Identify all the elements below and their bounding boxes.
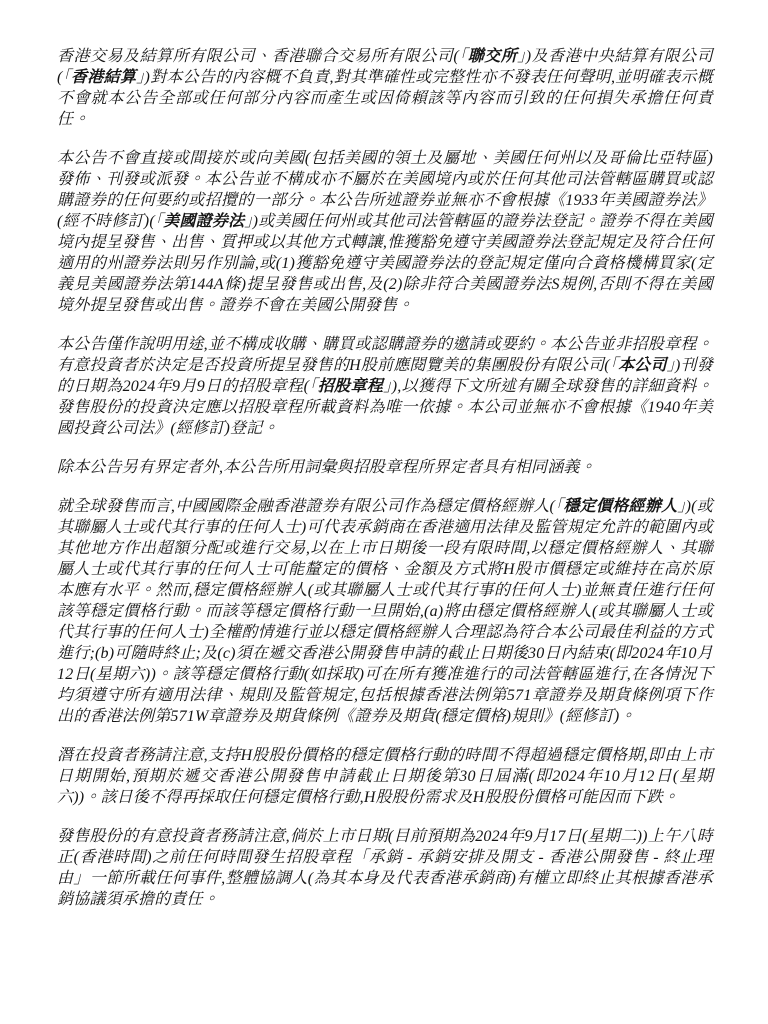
defined-term: 美國證券法 xyxy=(163,213,244,230)
defined-term: 穩定價格經辦人 xyxy=(563,498,677,515)
text-run: 」)(或其聯屬人士或代其行事的任何人士)可代表承銷商在香港適用法律及監管規定允許… xyxy=(57,498,713,725)
stabilization-period-notice-paragraph: 潛在投資者務請注意,支持H股股份價格的穩定價格行動的時間不得超過穩定價格期,即由… xyxy=(57,745,713,808)
document-page: 香港交易及結算所有限公司、香港聯合交易所有限公司(「聯交所」)及香港中央結算有限… xyxy=(0,0,768,1024)
prospectus-reference-paragraph: 本公告僅作說明用途,並不構成收購、購買或認購證券的邀請或要約。本公告並非招股章程… xyxy=(57,334,713,439)
text-run: 」)對本公告的內容概不負責,對其準確性或完整性亦不發表任何聲明,並明確表示概不會… xyxy=(57,69,713,128)
us-securities-law-paragraph: 本公告不會直接或間接於或向美國(包括美國的領土及屬地、美國任何州以及哥倫比亞特區… xyxy=(57,148,713,316)
defined-term: 香港結算 xyxy=(71,69,136,86)
text-run: 除本公告另有界定者外,本公告所用詞彙與招股章程所界定者具有相同涵義。 xyxy=(57,459,596,476)
defined-term: 本公司 xyxy=(618,357,667,374)
definitions-paragraph: 除本公告另有界定者外,本公告所用詞彙與招股章程所界定者具有相同涵義。 xyxy=(57,457,713,478)
termination-rights-paragraph: 發售股份的有意投資者務請注意,倘於上市日期(目前預期為2024年9月17日(星期… xyxy=(57,826,713,910)
text-run: 潛在投資者務請注意,支持H股股份價格的穩定價格行動的時間不得超過穩定價格期,即由… xyxy=(57,747,713,806)
text-run: 香港交易及結算所有限公司、香港聯合交易所有限公司(「 xyxy=(57,48,468,65)
text-run: 就全球發售而言,中國國際金融香港證券有限公司作為穩定價格經辦人(「 xyxy=(57,498,563,515)
exchange-disclaimer-paragraph: 香港交易及結算所有限公司、香港聯合交易所有限公司(「聯交所」)及香港中央結算有限… xyxy=(57,46,713,130)
text-run: 發售股份的有意投資者務請注意,倘於上市日期(目前預期為2024年9月17日(星期… xyxy=(57,828,713,908)
defined-term: 聯交所 xyxy=(468,48,518,65)
text-run: 本公告僅作說明用途,並不構成收購、購買或認購證券的邀請或要約。本公告並非招股章程… xyxy=(57,336,713,374)
stabilization-paragraph: 就全球發售而言,中國國際金融香港證券有限公司作為穩定價格經辦人(「穩定價格經辦人… xyxy=(57,496,713,727)
defined-term: 招股章程 xyxy=(318,378,384,395)
